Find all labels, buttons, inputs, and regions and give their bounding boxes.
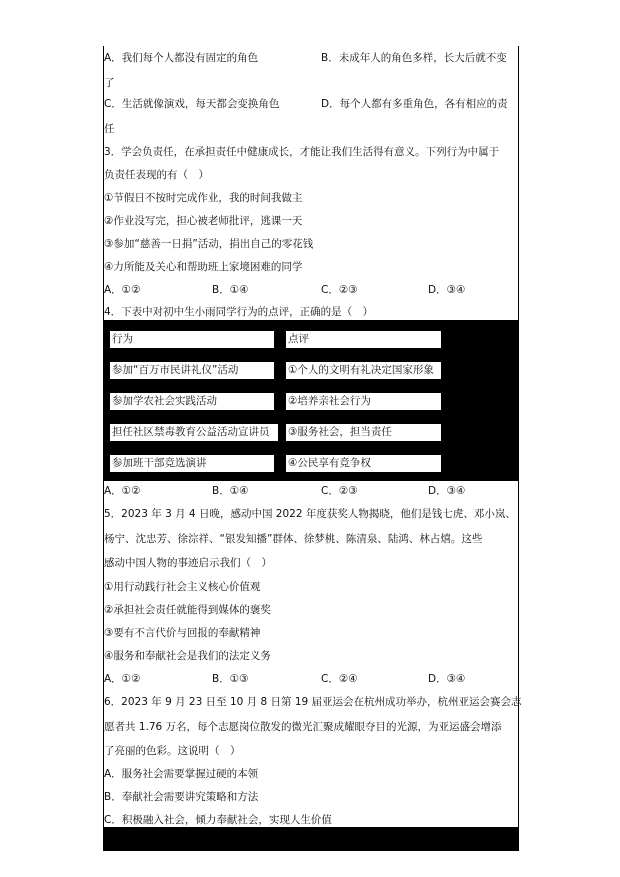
- q2-option-d-wrap: 任: [104, 122, 115, 136]
- q4-table-row2-behavior: 参加学农社会实践活动: [110, 393, 274, 410]
- q4-option-b: B．①④: [212, 484, 249, 498]
- q6-stem-line1: 6．2023 年 9 月 23 日至 10 月 8 日第 19 届亚运会在杭州成…: [104, 695, 522, 709]
- q5-stem-line1: 5．2023 年 3 月 4 日晚，感动中国 2022 年度获奖人物揭晓，他们是…: [104, 507, 516, 521]
- q4-table-row3-comment: ③服务社会，担当责任: [286, 424, 441, 441]
- q3-item-2: ②作业没写完，担心被老师批评，逃课一天: [104, 214, 302, 228]
- q2-option-b-wrap: 了: [104, 76, 115, 90]
- q2-option-b: B．未成年人的角色多样，长大后就不变: [321, 51, 507, 65]
- q4-stem: 4．下表中对初中生小雨同学行为的点评，正确的是（ ）: [104, 305, 373, 319]
- q5-option-d: D．③④: [428, 672, 465, 686]
- q3-option-a: A．①②: [104, 283, 141, 297]
- q5-option-a: A．①②: [104, 672, 141, 686]
- q4-table-row1-comment: ①个人的文明有礼决定国家形象: [286, 362, 441, 379]
- q6-option-c: C．积极融入社会，倾力奉献社会，实现人生价值: [104, 813, 332, 827]
- redacted-band: [103, 827, 518, 851]
- q3-item-1: ①节假日不按时完成作业，我的时间我做主: [104, 191, 302, 205]
- q3-option-c: C．②③: [321, 283, 358, 297]
- q6-option-a: A．服务社会需要掌握过硬的本领: [104, 767, 258, 781]
- q4-option-a: A．①②: [104, 484, 141, 498]
- q2-option-a: A．我们每个人都没有固定的角色: [104, 51, 258, 65]
- q3-option-d: D．③④: [428, 283, 465, 297]
- q6-stem-line2: 愿者共 1.76 万名，每个志愿岗位散发的微光汇聚成耀眼夺目的光源，为亚运盛会增…: [104, 720, 502, 734]
- q4-table-row2-comment: ②培养亲社会行为: [286, 393, 441, 410]
- q3-stem-line1: 3．学会负责任，在承担责任中健康成长，才能让我们生活得有意义。下列行为中属于: [104, 145, 499, 159]
- q5-item-2: ②承担社会责任就能得到媒体的褒奖: [104, 603, 271, 617]
- q4-table-header-behavior: 行为: [110, 331, 274, 348]
- q5-stem-line2: 杨宁、沈忠芳、徐淙祥、“银发知播”群体、徐梦桃、陈清泉、陆鸿、林占熺。这些: [104, 532, 482, 546]
- q4-table: 行为 点评 参加“百万市民讲礼仪”活动 ①个人的文明有礼决定国家形象 参加学农社…: [103, 320, 518, 481]
- q4-table-header-comment: 点评: [286, 331, 441, 348]
- q5-item-4: ④服务和奉献社会是我们的法定义务: [104, 649, 271, 663]
- q2-option-d: D．每个人都有多重角色，各有相应的责: [321, 97, 508, 111]
- q3-item-4: ④力所能及关心和帮助班上家境困难的同学: [104, 260, 302, 274]
- q6-stem-line3: 了亮丽的色彩。这说明（ ）: [104, 744, 241, 758]
- q4-option-d: D．③④: [428, 484, 465, 498]
- q5-option-c: C．②④: [321, 672, 358, 686]
- q5-option-b: B．①③: [212, 672, 249, 686]
- q4-table-row4-behavior: 参加班干部竞选演讲: [110, 455, 274, 472]
- q2-option-c: C．生活就像演戏，每天都会变换角色: [104, 97, 279, 111]
- q4-table-row3-behavior: 担任社区禁毒教育公益活动宣讲员: [110, 424, 278, 441]
- q3-item-3: ③参加“慈善一日捐”活动，捐出自己的零花钱: [104, 237, 313, 251]
- q6-option-b: B．奉献社会需要讲究策略和方法: [104, 790, 258, 804]
- q4-option-c: C．②③: [321, 484, 358, 498]
- q3-option-b: B．①④: [212, 283, 249, 297]
- q5-item-1: ①用行动践行社会主义核心价值观: [104, 580, 260, 594]
- q5-item-3: ③要有不言代价与回报的奉献精神: [104, 626, 260, 640]
- q3-stem-line2: 负责任表现的有（ ）: [104, 168, 209, 182]
- q4-table-row1-behavior: 参加“百万市民讲礼仪”活动: [110, 362, 274, 379]
- q4-table-row4-comment: ④公民享有竞争权: [286, 455, 441, 472]
- q5-stem-line3: 感动中国人物的事迹启示我们（ ）: [104, 556, 272, 570]
